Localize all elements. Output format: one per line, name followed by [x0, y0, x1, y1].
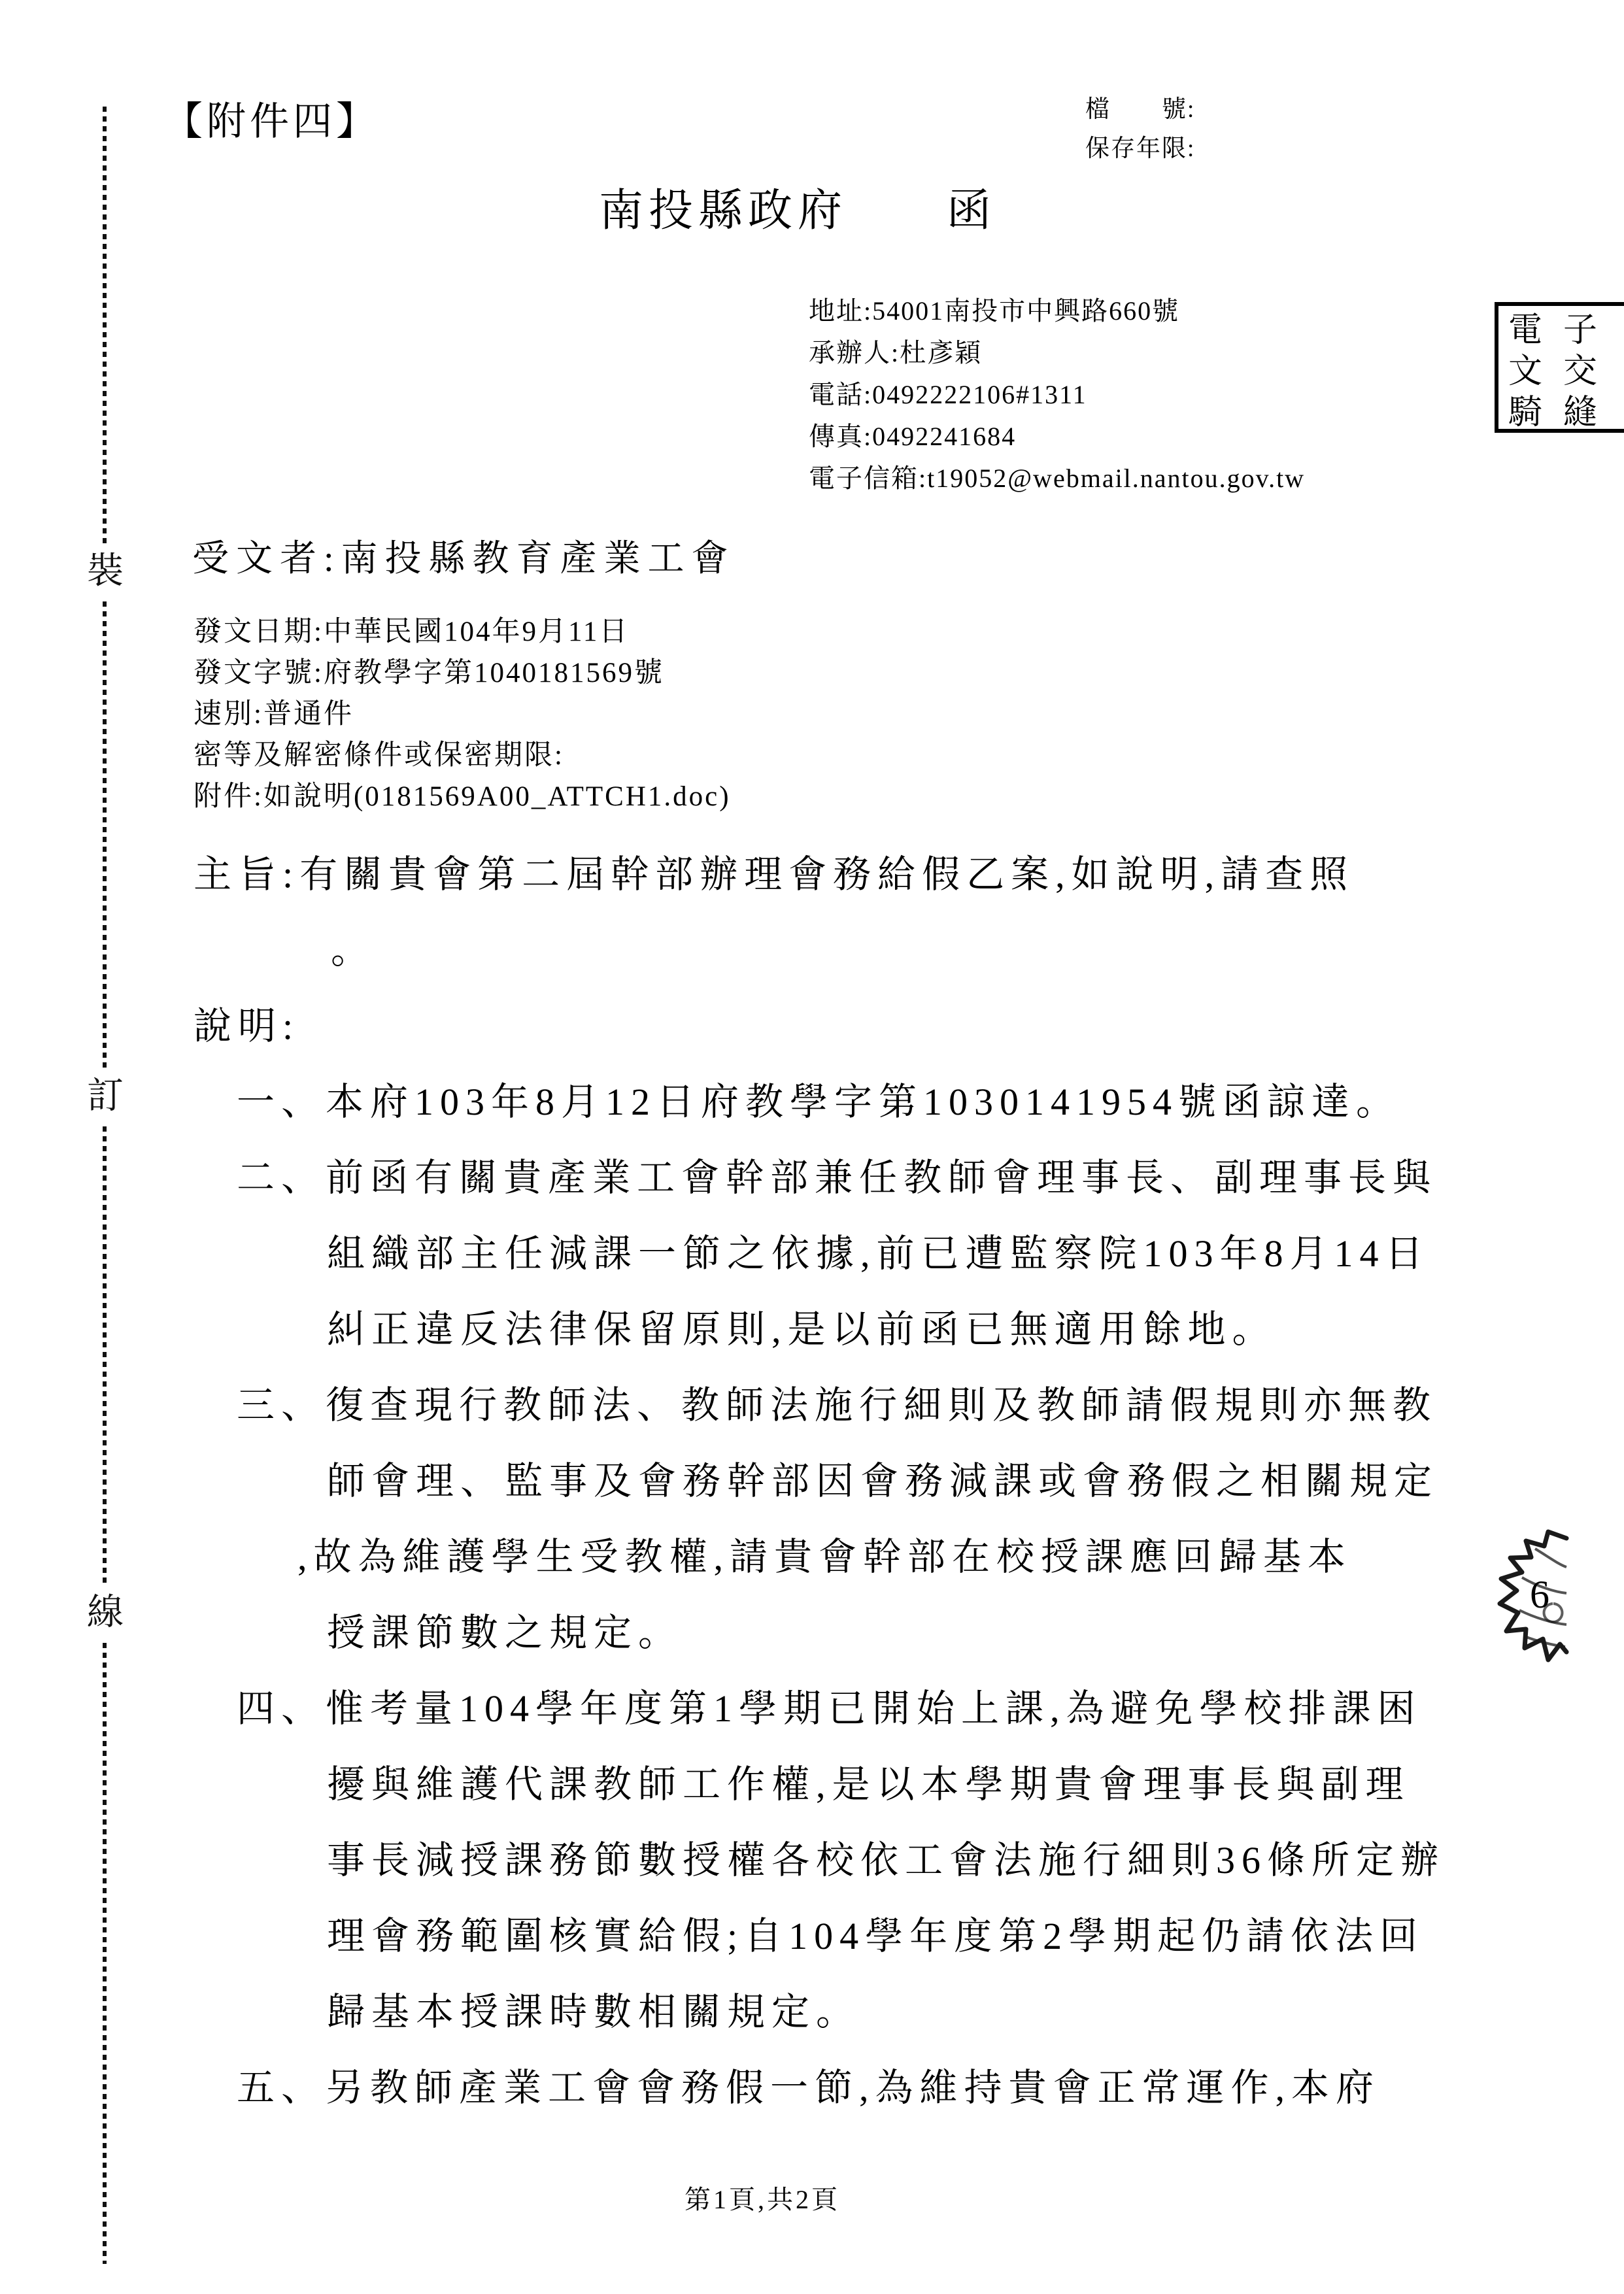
issue-date: 發文日期:中華民國104年9月11日	[194, 609, 629, 649]
item-3-line-1: 三、復查現行教師法、教師法施行細則及教師請假規則亦無教	[237, 1374, 1437, 1429]
item-2-text: 前函有關貴產業工會幹部兼任教師會理事長、副理事長與	[326, 1156, 1437, 1199]
binding-dash-segment	[103, 1643, 107, 2264]
item-3-text: 復查現行教師法、教師法施行細則及教師請假規則亦無教	[326, 1384, 1437, 1426]
retention-label: 保存年限:	[1085, 128, 1195, 163]
item-4-line-4: 理會務範圍核實給假;自104學年度第2學期起仍請依法回	[327, 1905, 1424, 1960]
attachment-note: 附件:如說明(0181569A00_ATTCH1.doc)	[194, 774, 731, 814]
item-4-line-5: 歸基本授課時數相關規定。	[327, 1981, 860, 2036]
item-5-number: 五、	[237, 2066, 326, 2109]
subject-line: 主旨:有關貴會第二屆幹部辦理會務給假乙案,如說明,請查照	[194, 843, 1354, 898]
item-3-line-2: 師會理、監事及會務幹部因會務減課或會務假之相關規定	[327, 1450, 1438, 1505]
electronic-exchange-stamp: 電文騎 子交縫	[1495, 302, 1624, 433]
sender-fax: 傳真:0492241684	[809, 422, 1016, 452]
item-5-text: 另教師產業工會會務假一節,為維持貴會正常運作,本府	[326, 2066, 1380, 2109]
document-title: 南投縣政府 函	[599, 175, 996, 239]
file-number-label: 檔 號:	[1085, 89, 1195, 124]
binding-mark-ding: 訂	[84, 1075, 126, 1117]
item-4-line-3: 事長減授課務節數授權各校依工會法施行細則36條所定辦	[327, 1829, 1445, 1884]
attachment-label: 【附件四】	[163, 90, 379, 146]
sender-contact-person: 承辦人:杜彥穎	[809, 338, 982, 368]
item-1-line-1: 一、本府103年8月12日府教學字第1030141954號函諒達。	[237, 1071, 1400, 1126]
sender-email: 電子信箱:t19052@webmail.nantou.gov.tw	[809, 464, 1305, 494]
page-footer: 第1頁,共2頁	[685, 2179, 840, 2216]
item-2-line-2: 組織部主任減課一節之依據,前已遭監察院103年8月14日	[327, 1223, 1430, 1277]
explanation-label: 說明:	[194, 995, 299, 1050]
recipient-line: 受文者:南投縣教育產業工會	[192, 530, 736, 582]
item-4-line-1: 四、惟考量104學年度第1學期已開始上課,為避免學校排課困	[237, 1678, 1422, 1732]
binding-mark-zhuang: 裝	[84, 550, 126, 592]
document-page: 裝 訂 線 【附件四】 檔 號: 保存年限: 南投縣政府 函 電文騎 子交縫 地…	[0, 0, 1624, 2294]
binding-dash-segment	[103, 601, 107, 1071]
item-2-line-3: 糾正違反法律保留原則,是以前函已無適用餘地。	[327, 1298, 1277, 1353]
priority: 速別:普通件	[194, 692, 354, 732]
item-5-line-1: 五、另教師產業工會會務假一節,為維持貴會正常運作,本府	[237, 2057, 1380, 2112]
item-3-line-3: ,故為維護學生受教權,請貴會幹部在校授課應回歸基本	[297, 1526, 1352, 1581]
binding-dash-segment	[103, 1126, 107, 1587]
binding-dash-segment	[103, 107, 107, 546]
issue-number: 發文字號:府教學字第1040181569號	[194, 650, 664, 690]
sender-phone: 電話:0492222106#1311	[809, 380, 1087, 410]
item-3-line-4: 授課節數之規定。	[327, 1602, 683, 1657]
item-1-number: 一、	[237, 1081, 326, 1123]
item-4-number: 四、	[237, 1687, 326, 1730]
item-1-text: 本府103年8月12日府教學字第1030141954號函諒達。	[326, 1081, 1400, 1123]
exchange-stamp-column-left: 電文騎	[1506, 310, 1544, 433]
subject-wrap-line: 。	[331, 919, 375, 974]
binding-mark-xian: 線	[84, 1592, 126, 1634]
item-2-number: 二、	[237, 1156, 326, 1199]
sender-address: 地址:54001南投市中興路660號	[809, 296, 1179, 326]
item-4-line-2: 擾與維護代課教師工作權,是以本學期貴會理事長與副理	[327, 1753, 1410, 1808]
page-stamp-number: 6	[1530, 1572, 1549, 1617]
item-3-number: 三、	[237, 1384, 326, 1426]
item-4-text: 惟考量104學年度第1學期已開始上課,為避免學校排課困	[326, 1687, 1422, 1730]
exchange-stamp-column-right: 子交縫	[1561, 310, 1599, 433]
item-2-line-1: 二、前函有關貴產業工會幹部兼任教師會理事長、副理事長與	[237, 1147, 1437, 1202]
security-classification: 密等及解密條件或保密期限:	[194, 733, 564, 773]
